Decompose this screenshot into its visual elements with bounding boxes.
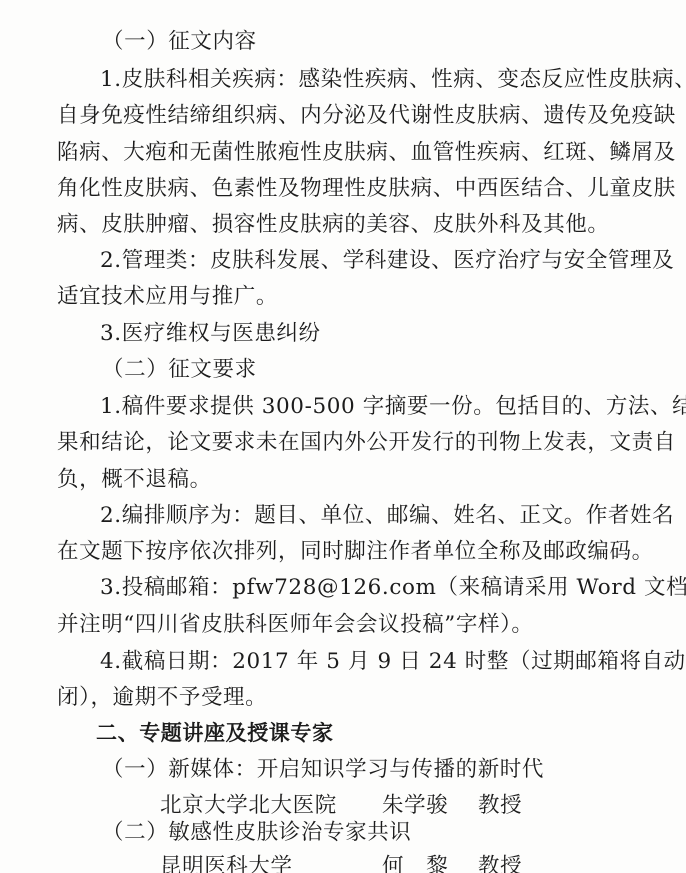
speaker-name: 朱学骏 bbox=[382, 793, 448, 819]
paragraph-line: 适宜技术应用与推广。 bbox=[57, 284, 635, 310]
paragraph-line: 角化性皮肤病、色素性及物理性皮肤病、中西医结合、儿童皮肤 bbox=[57, 176, 635, 202]
speaker-institution: 昆明医科大学 bbox=[160, 854, 293, 873]
speaker-institution: 北京大学北大医院 bbox=[160, 793, 337, 819]
paragraph-line: 自身免疫性结缔组织病、内分泌及代谢性皮肤病、遗传及免疫缺 bbox=[57, 103, 635, 129]
paragraph-line: 负，概不退稿。 bbox=[57, 467, 635, 493]
speaker-name: 何 黎 bbox=[382, 854, 448, 873]
paragraph-line: 2.管理类：皮肤科发展、学科建设、医疗治疗与安全管理及 bbox=[100, 248, 635, 274]
lecture-title: （二）敏感性皮肤诊治专家共识 bbox=[102, 820, 680, 846]
document-page: （一）征文内容 1.皮肤科相关疾病：感染性疾病、性病、变态反应性皮肤病、 自身免… bbox=[0, 0, 686, 873]
paragraph-line: 3.医疗维权与医患纠纷 bbox=[100, 321, 635, 347]
paragraph-line: 在文题下按序依次排列，同时脚注作者单位全称及邮政编码。 bbox=[57, 539, 635, 565]
paragraph-line: 并注明“四川省皮肤科医师年会会议投稿”字样）。 bbox=[57, 612, 635, 638]
paragraph-line-email: 3.投稿邮箱：pfw728@126.com（来稿请采用 Word 文档格式， bbox=[100, 575, 635, 601]
paragraph-line-deadline: 4.截稿日期：2017 年 5 月 9 日 24 时整（过期邮箱将自动关 bbox=[100, 649, 635, 675]
speaker-rank: 教授 bbox=[478, 854, 522, 873]
paragraph-line: 1.皮肤科相关疾病：感染性疾病、性病、变态反应性皮肤病、 bbox=[100, 67, 635, 93]
part-heading-lectures: 二、专题讲座及授课专家 bbox=[96, 720, 674, 746]
paragraph-line: 2.编排顺序为：题目、单位、邮编、姓名、正文。作者姓名 bbox=[100, 503, 635, 529]
section-heading-essay-content: （一）征文内容 bbox=[102, 29, 680, 55]
paragraph-line: 陷病、大疱和无菌性脓疱性皮肤病、血管性疾病、红斑、鳞屑及 bbox=[57, 140, 635, 166]
paragraph-line: 闭），逾期不予受理。 bbox=[57, 685, 635, 711]
paragraph-line: 病、皮肤肿瘤、损容性皮肤病的美容、皮肤外科及其他。 bbox=[57, 212, 635, 238]
lecture-title: （一）新媒体：开启知识学习与传播的新时代 bbox=[102, 757, 680, 783]
speaker-rank: 教授 bbox=[478, 793, 522, 819]
section-heading-essay-requirements: （二）征文要求 bbox=[102, 357, 680, 383]
paragraph-line: 1.稿件要求提供 300-500 字摘要一份。包括目的、方法、结 bbox=[100, 394, 635, 420]
paragraph-line: 果和结论，论文要求未在国内外公开发行的刊物上发表，文责自 bbox=[57, 430, 635, 456]
